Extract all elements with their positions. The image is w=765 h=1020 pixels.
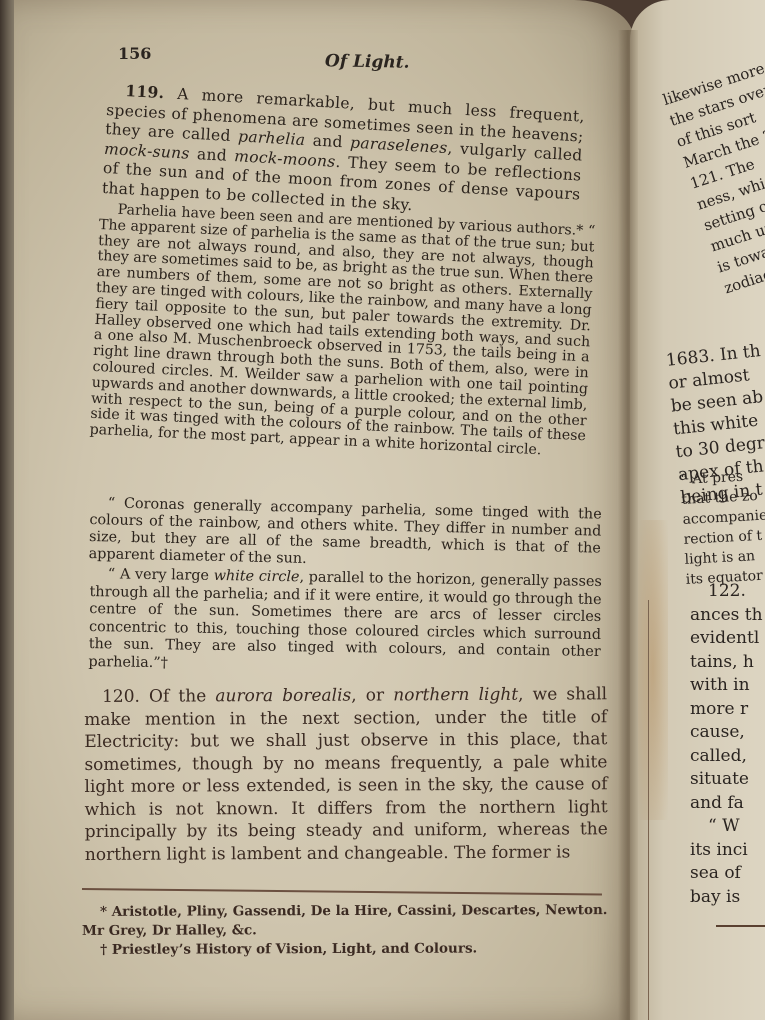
term-parhelia: parhelia [238, 127, 306, 149]
fragment-line: tains, h [690, 651, 765, 675]
fragment-line: sea of [690, 862, 765, 886]
fragment-line: more r [690, 698, 765, 722]
fragment-line: evidentl [690, 627, 765, 651]
page-stain [638, 520, 668, 820]
footnote-asterisk: * Aristotle, Pliny, Gassendi, De la Hire… [82, 901, 610, 941]
text: and [189, 144, 235, 164]
text: and [305, 131, 351, 151]
section-number: 120. [102, 687, 140, 707]
fragment-line: and fa [690, 792, 765, 816]
fragment-line: bay is [690, 886, 765, 910]
coronas-quote-paragraph: “ Coronas generally accompany parhelia, … [88, 495, 601, 575]
right-page-footnote-divider [716, 925, 765, 927]
term-aurora-borealis: aurora borealis [215, 686, 351, 707]
page-number: 156 [118, 44, 151, 63]
right-page-fragment-d: 122. ances th evidentl tains, h with in … [690, 580, 765, 909]
running-title: Of Light. [325, 51, 410, 72]
parhelia-quote-paragraph: Parhelia have been seen and are mentione… [89, 202, 595, 461]
fragment-line: its inci [690, 839, 765, 863]
fragment-line: called, [690, 745, 765, 769]
term-white-circle: white circle [214, 568, 300, 585]
fragment-line: 122. [690, 580, 765, 604]
text: Of the [140, 686, 216, 706]
page-edge-line [648, 600, 649, 1020]
fragment-line: ances th [690, 604, 765, 628]
text: “ A very large [108, 566, 214, 584]
fragment-line: with in [690, 674, 765, 698]
term-northern-light: northern light [393, 685, 518, 706]
footnote-dagger: † Priestley’s History of Vision, Light, … [82, 939, 610, 960]
fragment-line: situate [690, 768, 765, 792]
fragment-line: “ W [690, 815, 765, 839]
text: , or [351, 685, 393, 705]
text: , parallel to the horizon, generally pas… [88, 569, 602, 671]
right-page-fragment-c: “ At pres that the zo accompanie rection… [680, 464, 765, 590]
section-120-paragraph: 120. Of the aurora borealis, or northern… [84, 683, 608, 866]
text: , we shall make mention in the next sect… [84, 684, 608, 864]
fragment-line: cause, [690, 721, 765, 745]
section-number: 119. [125, 81, 165, 102]
footnotes: * Aristotle, Pliny, Gassendi, De la Hire… [82, 901, 610, 960]
book-gutter [618, 30, 638, 1020]
white-circle-quote-paragraph: “ A very large white circle, parallel to… [88, 566, 602, 680]
